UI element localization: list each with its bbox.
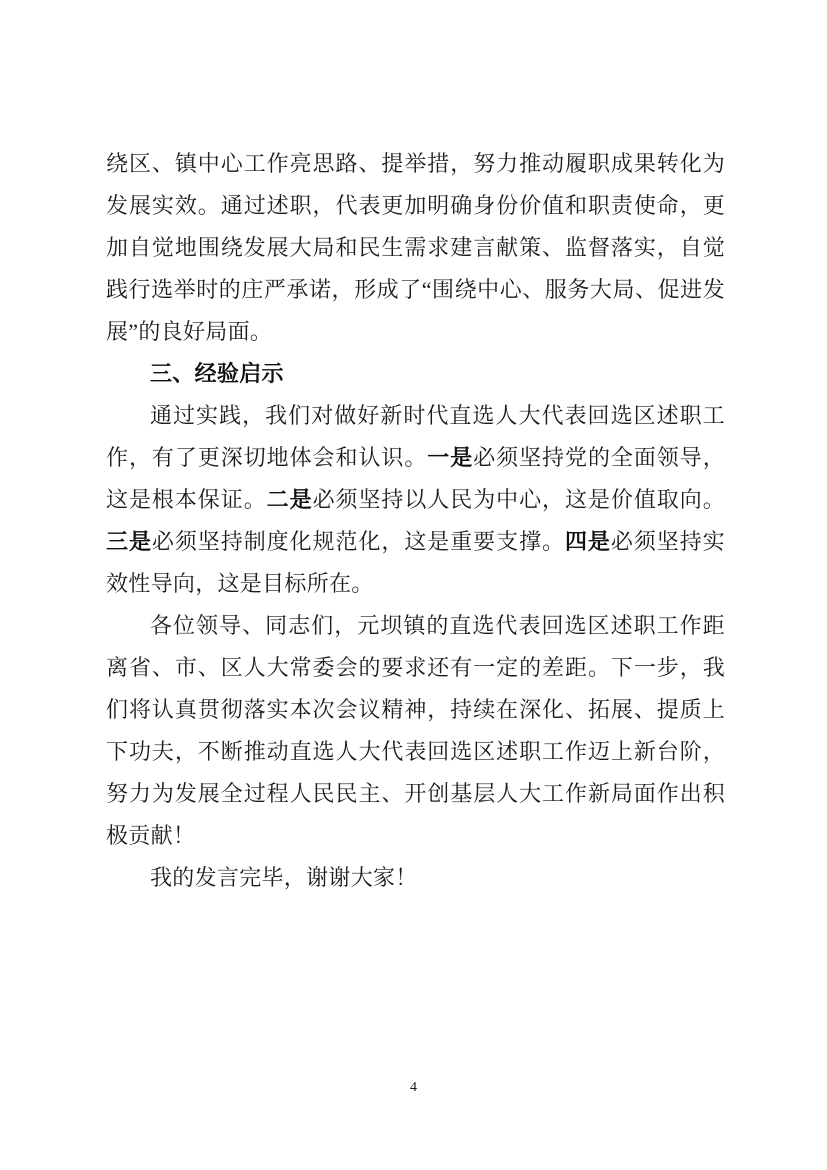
text-run: 必须坚持制度化规范化，这是重要支撑。 bbox=[152, 529, 565, 554]
text-run: 必须坚持以人民为中心，这是价值取向。 bbox=[313, 487, 725, 512]
bold-text-run: 三、经验启示 bbox=[150, 361, 284, 386]
paragraph: 绕区、镇中心工作亮思路、提举措，努力推动履职成果转化为发展实效。通过述职，代表更… bbox=[106, 143, 725, 353]
text-run: 绕区、镇中心工作亮思路、提举措，努力推动履职成果转化为发展实效。通过述职，代表更… bbox=[106, 151, 725, 344]
document-body: 绕区、镇中心工作亮思路、提举措，努力推动履职成果转化为发展实效。通过述职，代表更… bbox=[106, 143, 725, 899]
page-number: 4 bbox=[410, 1080, 417, 1095]
section-heading: 三、经验启示 bbox=[106, 353, 725, 395]
text-run: 各位领导、同志们，元坝镇的直选代表回选区述职工作距离省、市、区人大常委会的要求还… bbox=[106, 613, 725, 848]
bold-text-run: 一是 bbox=[427, 445, 473, 470]
document-page: 绕区、镇中心工作亮思路、提举措，努力推动履职成果转化为发展实效。通过述职，代表更… bbox=[0, 0, 827, 1170]
text-run: 我的发言完毕，谢谢大家！ bbox=[150, 865, 418, 890]
bold-text-run: 四是 bbox=[565, 529, 611, 554]
bold-text-run: 二是 bbox=[267, 487, 313, 512]
paragraph: 通过实践，我们对做好新时代直选人大代表回选区述职工作，有了更深切地体会和认识。一… bbox=[106, 395, 725, 605]
bold-text-run: 三是 bbox=[106, 529, 152, 554]
paragraph: 我的发言完毕，谢谢大家！ bbox=[106, 857, 725, 899]
paragraph: 各位领导、同志们，元坝镇的直选代表回选区述职工作距离省、市、区人大常委会的要求还… bbox=[106, 605, 725, 857]
page-footer: 4 bbox=[0, 1078, 827, 1096]
